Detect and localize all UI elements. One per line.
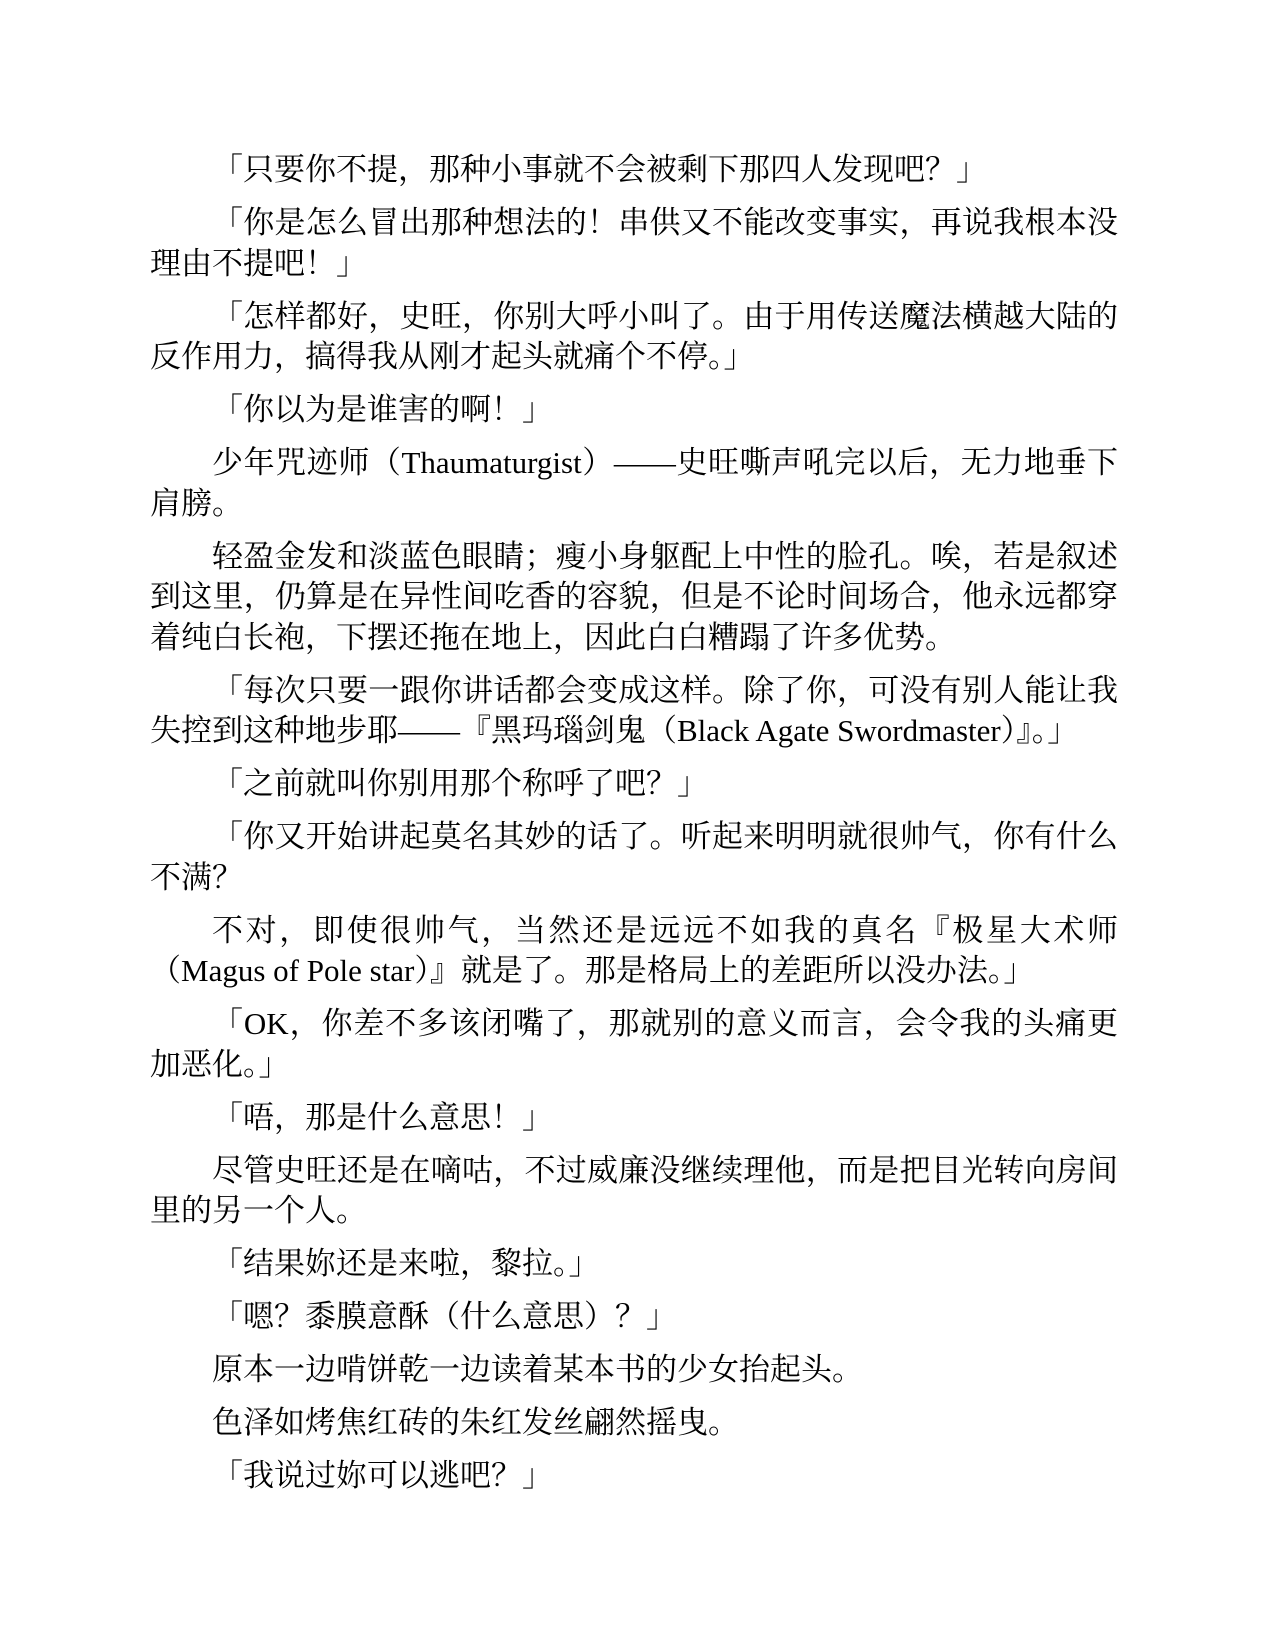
paragraph: 少年咒迹师（Thaumaturgist）——史旺嘶声吼完以后，无力地垂下肩膀。 [150,443,1118,524]
paragraph: 尽管史旺还是在嘀咕，不过威廉没继续理他，而是把目光转向房间里的另一个人。 [150,1151,1118,1232]
paragraph: 「怎样都好，史旺，你别大呼小叫了。由于用传送魔法横越大陆的反作用力，搞得我从刚才… [150,297,1118,378]
paragraph: 轻盈金发和淡蓝色眼睛；瘦小身躯配上中性的脸孔。唉，若是叙述到这里，仍算是在异性间… [150,537,1118,659]
book-page: 「只要你不提，那种小事就不会被剩下那四人发现吧？」「你是怎么冒出那种想法的！串供… [0,0,1275,1650]
paragraph: 色泽如烤焦红砖的朱红发丝翩然摇曳。 [150,1403,1118,1444]
paragraph: 「结果妳还是来啦，黎拉。」 [150,1244,1118,1285]
paragraph: 原本一边啃饼乾一边读着某本书的少女抬起头。 [150,1350,1118,1391]
paragraph: 「OK，你差不多该闭嘴了，那就别的意义而言，会令我的头痛更加恶化。」 [150,1004,1118,1085]
paragraph: 「你是怎么冒出那种想法的！串供又不能改变事实，再说我根本没理由不提吧！」 [150,203,1118,284]
paragraph: 「只要你不提，那种小事就不会被剩下那四人发现吧？」 [150,150,1118,191]
paragraph: 「你以为是谁害的啊！」 [150,390,1118,431]
paragraph: 「嗯？黍膜意酥（什么意思）？」 [150,1297,1118,1338]
paragraph: 「唔，那是什么意思！」 [150,1098,1118,1139]
paragraph: 「之前就叫你别用那个称呼了吧？」 [150,764,1118,805]
paragraph: 「我说过妳可以逃吧？」 [150,1456,1118,1497]
paragraph: 不对，即使很帅气，当然还是远远不如我的真名『极星大术师（Magus of Pol… [150,911,1118,992]
paragraph: 「你又开始讲起莫名其妙的话了。听起来明明就很帅气，你有什么不满？ [150,817,1118,898]
paragraph: 「每次只要一跟你讲话都会变成这样。除了你，可没有别人能让我失控到这种地步耶——『… [150,671,1118,752]
page-text: 「只要你不提，那种小事就不会被剩下那四人发现吧？」「你是怎么冒出那种想法的！串供… [150,150,1118,1497]
